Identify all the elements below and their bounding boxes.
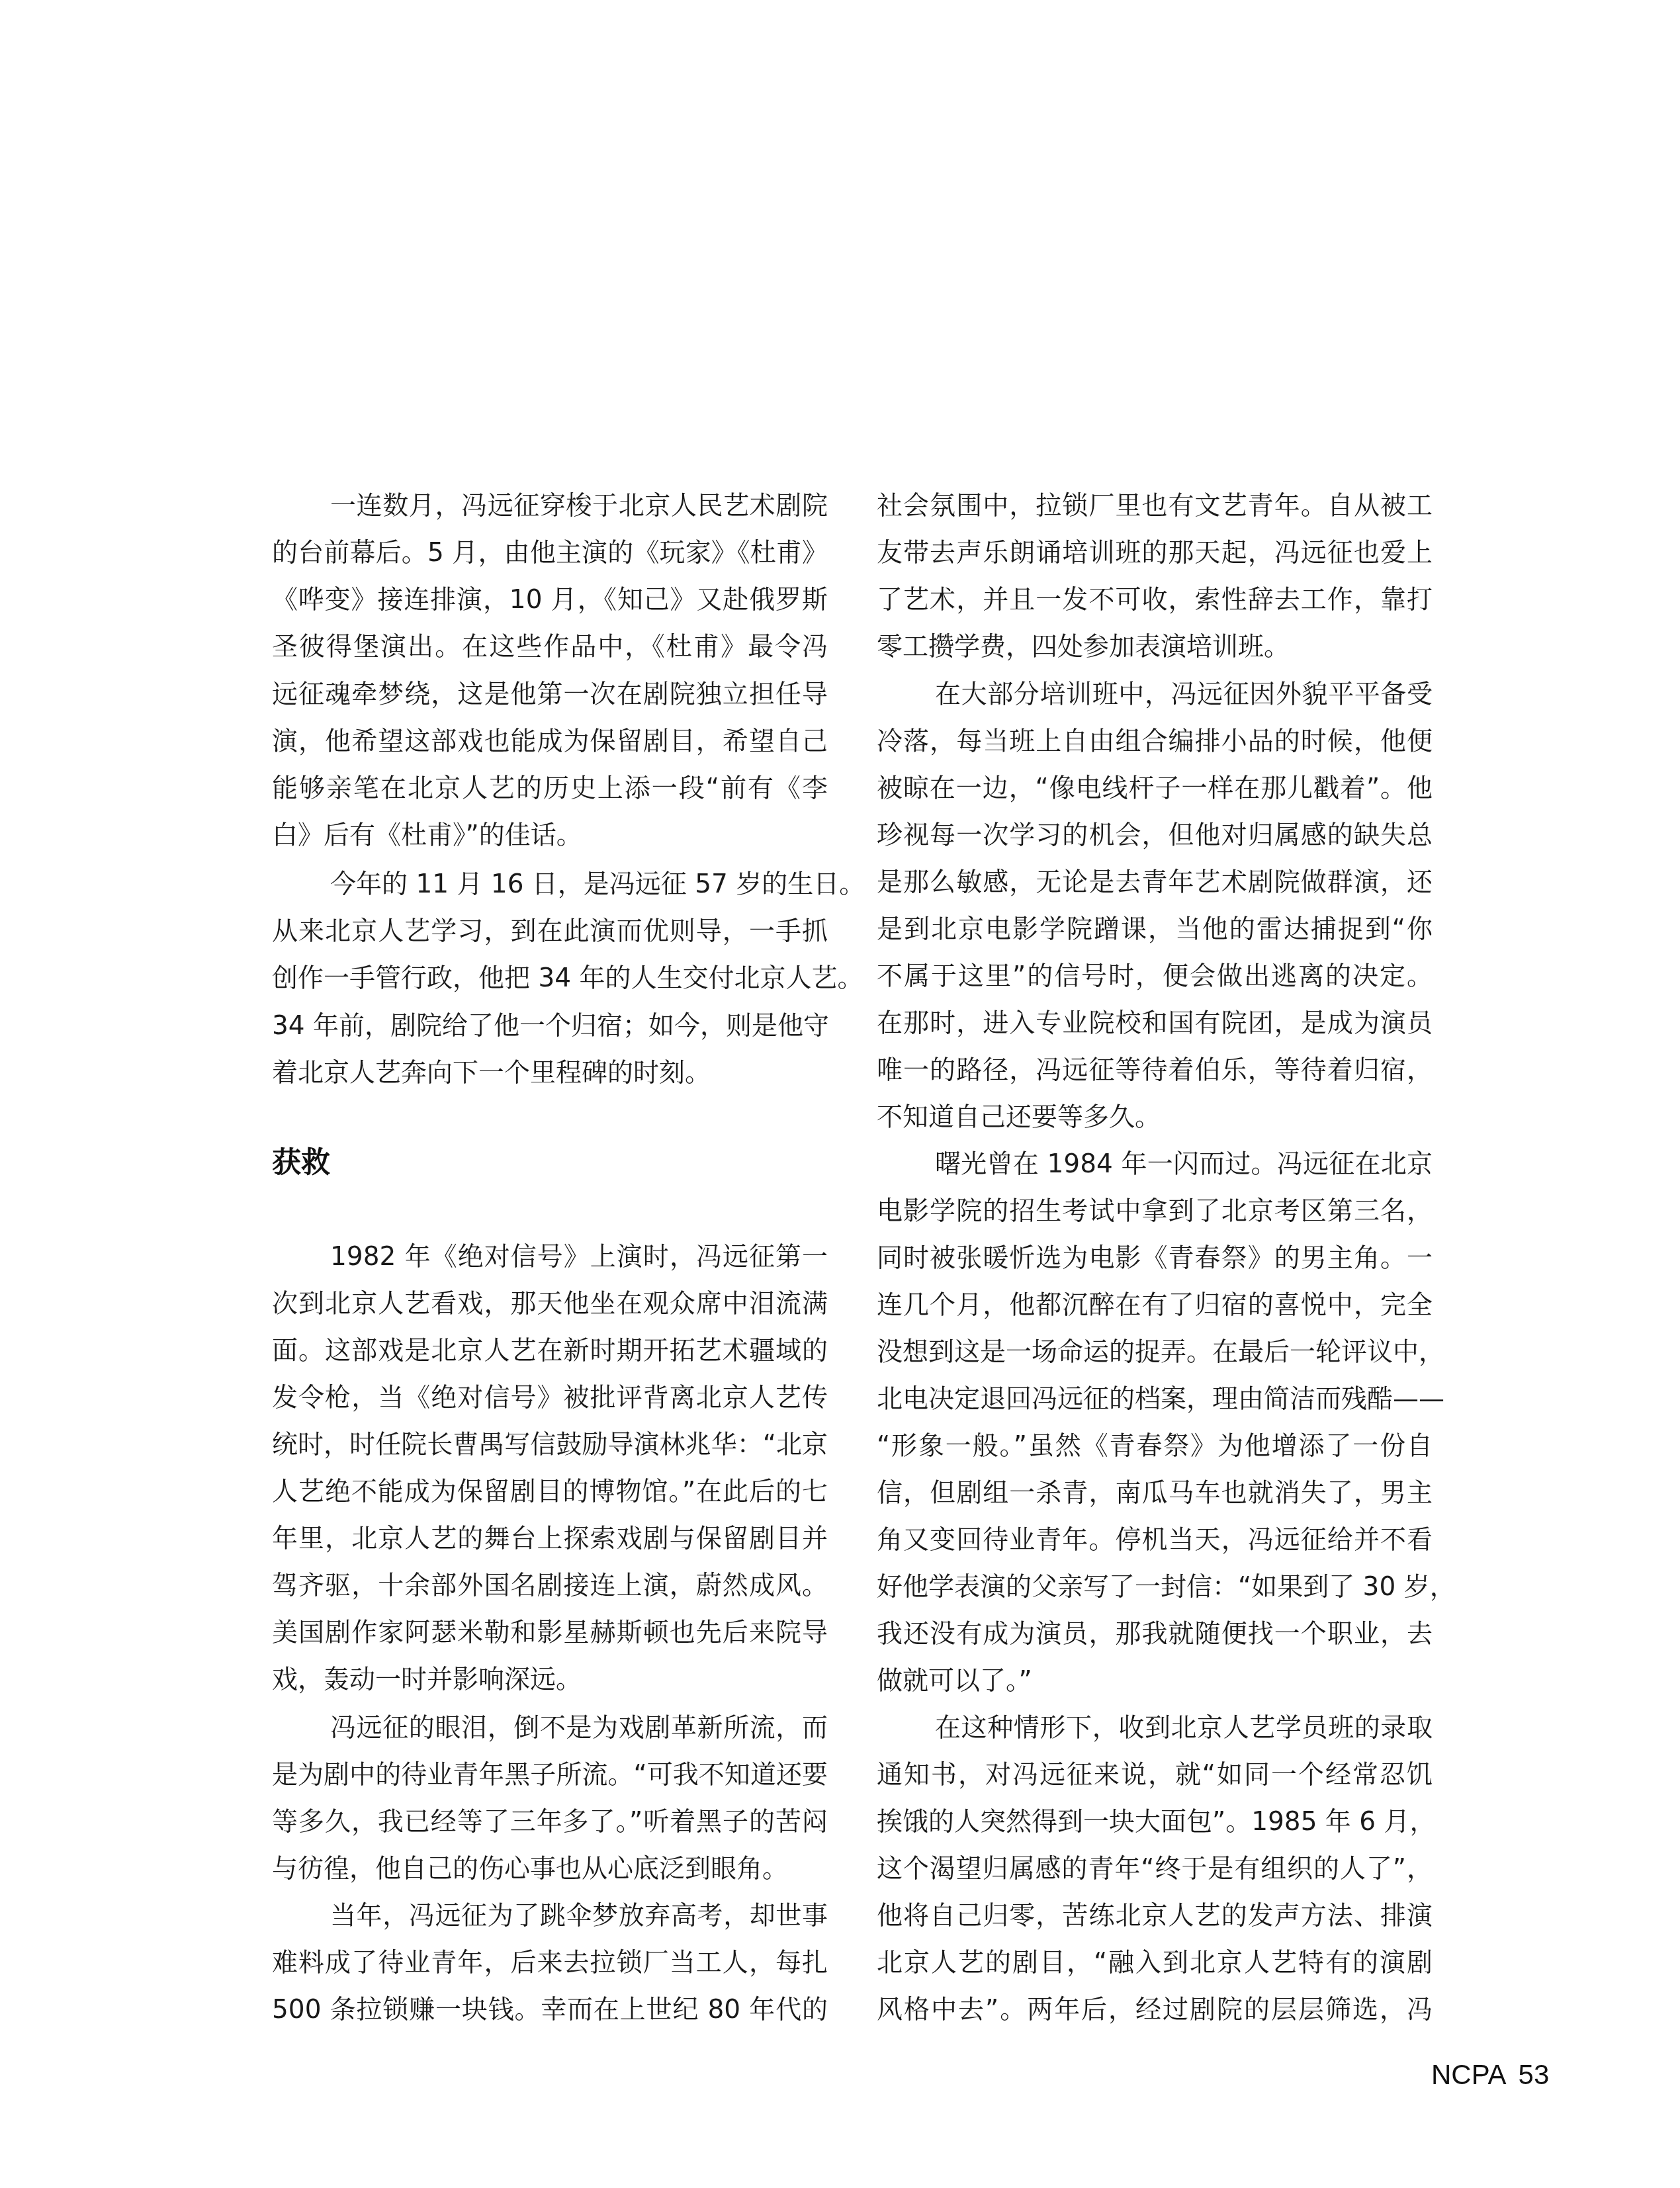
section-heading: 获救: [272, 1143, 330, 1183]
text-line: 在大部分培训班中，冯远征因外貌平平备受: [877, 675, 1433, 715]
text-line: 当年，冯远征为了跳伞梦放弃高考，却世事: [272, 1896, 828, 1936]
text-line: 从来北京人艺学习，到在此演而优则导，一手抓: [272, 912, 828, 951]
text-line: 这个渴望归属感的青年“终于是有组织的人了”，: [877, 1849, 1433, 1889]
text-line: 美国剧作家阿瑟米勒和影星赫斯顿也先后来院导: [272, 1613, 828, 1653]
text-line: 北京人艺的剧目，“融入到北京人艺特有的演剧: [877, 1943, 1433, 1983]
text-line: 北电决定退回冯远征的档案，理由简洁而残酷——: [877, 1379, 1433, 1419]
text-line: 被晾在一边，“像电线杆子一样在那儿戳着”。他: [877, 769, 1433, 809]
text-line: 一连数月，冯远征穿梭于北京人民艺术剧院: [272, 486, 828, 526]
text-line: 500 条拉锁赚一块钱。幸而在上世纪 80 年代的: [272, 1990, 828, 2030]
text-line: 今年的 11 月 16 日，是冯远征 57 岁的生日。: [272, 865, 828, 904]
text-line: 珍视每一次学习的机会，但他对归属感的缺失总: [877, 816, 1433, 855]
text-line: 挨饿的人突然得到一块大面包”。1985 年 6 月，: [877, 1802, 1433, 1842]
text-line: 做就可以了。”: [877, 1661, 1433, 1701]
text-line: 没想到这是一场命运的捉弄。在最后一轮评议中，: [877, 1333, 1433, 1372]
text-line: 同时被张暖忻选为电影《青春祭》的男主角。一: [877, 1239, 1433, 1278]
text-line: 与彷徨，他自己的伤心事也从心底泛到眼角。: [272, 1849, 828, 1889]
text-line: 好他学表演的父亲写了一封信：“如果到了 30 岁，: [877, 1567, 1433, 1607]
text-line: 通知书，对冯远征来说，就“如同一个经常忍饥: [877, 1755, 1433, 1795]
text-line: 冷落，每当班上自由组合编排小品的时候，他便: [877, 722, 1433, 762]
text-line: 角又变回待业青年。停机当天，冯远征给并不看: [877, 1520, 1433, 1560]
text-line: 远征魂牵梦绕，这是他第一次在剧院独立担任导: [272, 675, 828, 715]
text-line: 戏，轰动一时并影响深远。: [272, 1660, 828, 1700]
text-line: 演，他希望这部戏也能成为保留剧目，希望自己: [272, 722, 828, 762]
text-line: 《哗变》接连排演，10 月，《知己》又赴俄罗斯: [272, 580, 828, 620]
text-line: 社会氛围中，拉锁厂里也有文艺青年。自从被工: [877, 486, 1433, 526]
text-line: 次到北京人艺看戏，那天他坐在观众席中泪流满: [272, 1284, 828, 1324]
text-line: 面。这部戏是北京人艺在新时期开拓艺术疆域的: [272, 1331, 828, 1371]
text-line: 发令枪，当《绝对信号》被批评背离北京人艺传: [272, 1378, 828, 1418]
page-footer: NCPA53: [1431, 2059, 1549, 2091]
text-line: 等多久，我已经等了三年多了。”听着黑子的苦闷: [272, 1802, 828, 1842]
text-line: 电影学院的招生考试中拿到了北京考区第三名，: [877, 1192, 1433, 1231]
text-line: 在这种情形下，收到北京人艺学员班的录取: [877, 1708, 1433, 1748]
text-line: 34 年前，剧院给了他一个归宿；如今，则是他守: [272, 1006, 828, 1046]
text-line: 风格中去”。两年后，经过剧院的层层筛选，冯: [877, 1990, 1433, 2030]
text-line: 年里，北京人艺的舞台上探索戏剧与保留剧目并: [272, 1519, 828, 1559]
text-line: 驾齐驱，十余部外国名剧接连上演，蔚然成风。: [272, 1566, 828, 1606]
text-line: 在那时，进入专业院校和国有院团，是成为演员: [877, 1004, 1433, 1043]
page-number: 53: [1519, 2059, 1550, 2091]
text-line: 了艺术，并且一发不可收，索性辞去工作，靠打: [877, 580, 1433, 620]
text-line: 零工攒学费，四处参加表演培训班。: [877, 627, 1433, 667]
text-line: 白》后有《杜甫》”的佳话。: [272, 816, 828, 855]
text-line: 创作一手管行政，他把 34 年的人生交付北京人艺。: [272, 959, 828, 998]
text-line: 冯远征的眼泪，倒不是为戏剧革新所流，而: [272, 1708, 828, 1748]
text-line: 是到北京电影学院蹭课，当他的雷达捕捉到“你: [877, 910, 1433, 949]
text-line: 不知道自己还要等多久。: [877, 1098, 1433, 1137]
text-line: 连几个月，他都沉醉在有了归宿的喜悦中，完全: [877, 1286, 1433, 1325]
text-line: 曙光曾在 1984 年一闪而过。冯远征在北京: [877, 1145, 1433, 1184]
text-line: 难料成了待业青年，后来去拉锁厂当工人，每扎: [272, 1943, 828, 1983]
text-line: 能够亲笔在北京人艺的历史上添一段“前有《李: [272, 769, 828, 809]
text-line: 圣彼得堡演出。在这些作品中，《杜甫》最令冯: [272, 627, 828, 667]
text-line: 友带去声乐朗诵培训班的那天起，冯远征也爱上: [877, 533, 1433, 573]
text-line: 的台前幕后。5 月，由他主演的《玩家》《杜甫》: [272, 533, 828, 573]
text-line: 是那么敏感，无论是去青年艺术剧院做群演，还: [877, 863, 1433, 902]
text-line: 着北京人艺奔向下一个里程碑的时刻。: [272, 1053, 828, 1093]
text-line: 信，但剧组一杀青，南瓜马车也就消失了，男主: [877, 1473, 1433, 1513]
text-line: 不属于这里”的信号时，便会做出逃离的决定。: [877, 957, 1433, 996]
text-line: 统时，时任院长曹禺写信鼓励导演林兆华：“北京: [272, 1425, 828, 1465]
text-line: 1982 年《绝对信号》上演时，冯远征第一: [272, 1237, 828, 1277]
text-line: 他将自己归零，苦练北京人艺的发声方法、排演: [877, 1896, 1433, 1936]
text-line: 我还没有成为演员，那我就随便找一个职业，去: [877, 1614, 1433, 1654]
text-line: 人艺绝不能成为保留剧目的博物馆。”在此后的七: [272, 1472, 828, 1512]
magazine-page: 一连数月，冯远征穿梭于北京人民艺术剧院 的台前幕后。5 月，由他主演的《玩家》《…: [0, 0, 1680, 2188]
publication-name: NCPA: [1431, 2059, 1507, 2091]
text-line: 唯一的路径，冯远征等待着伯乐，等待着归宿，: [877, 1051, 1433, 1090]
text-line: “形象一般。”虽然《青春祭》为他增添了一份自: [877, 1426, 1433, 1466]
text-line: 是为剧中的待业青年黑子所流。“可我不知道还要: [272, 1755, 828, 1795]
